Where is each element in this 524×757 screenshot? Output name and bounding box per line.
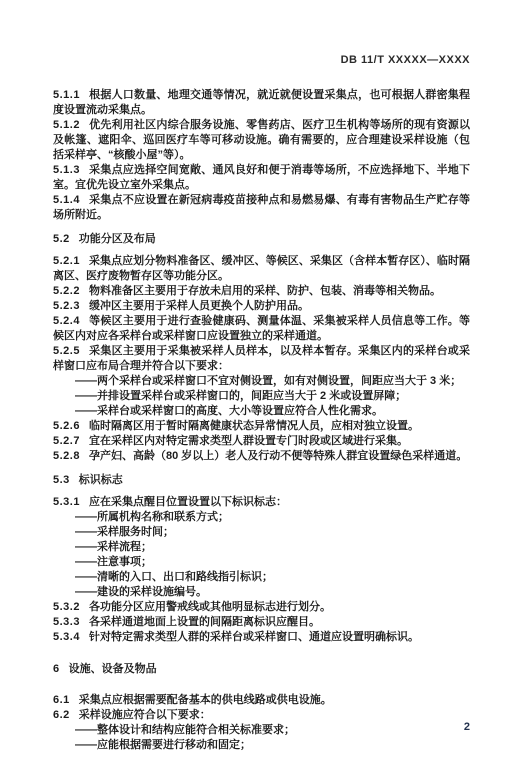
dash-marker: ——: [75, 723, 97, 738]
clause-paragraph: 5.3.4针对特定需求类型人群的采样台或采样窗口、通道应设置明确标识。: [53, 630, 470, 645]
dash-list-item: ——注意事项；: [53, 555, 470, 570]
clause-number: 5.3.1: [53, 495, 80, 510]
clause-paragraph: 5.2.4等候区主要用于进行查验健康码、测量体温、采集被采样人员信息等工作。等候…: [53, 314, 470, 344]
clause-number: 5.2.3: [53, 299, 80, 314]
dash-marker: ——: [75, 555, 97, 570]
dash-marker: ——: [75, 374, 97, 389]
clause-paragraph: 5.1.3采集点应选择空间宽敞、通风良好和便于消毒等场所，不应选择地下、半地下室…: [53, 163, 470, 193]
dash-list-item: ——采样台或采样窗口的高度、大小等设置应符合人性化需求。: [53, 404, 470, 419]
clause-number: 5.2.8: [53, 449, 80, 464]
section-heading: 5.3标识标志: [53, 473, 470, 488]
heading-text: 功能分区及布局: [79, 233, 156, 245]
heading-text: 设施、设备及物品: [69, 663, 157, 675]
page-number: 2: [464, 721, 470, 733]
clause-text: 建设的采样设施编号。: [97, 586, 207, 598]
clause-text: 缓冲区主要用于采样人员更换个人防护用品。: [89, 300, 309, 312]
clause-text: 优先利用社区内综合服务设施、零售药店、医疗卫生机构等场所的现有资源以及帐篷、遮阳…: [53, 119, 470, 161]
clause-text: 采样流程；: [97, 541, 152, 553]
dash-marker: ——: [75, 585, 97, 600]
clause-text: 孕产妇、高龄（80 岁以上）老人及行动不便等特殊人群宜设置绿色采样通道。: [89, 450, 467, 462]
dash-list-item: ——应能根据需要进行移动和固定；: [53, 738, 470, 753]
clause-text: 根据人口数量、地理交通等情况，就近就便设置采集点，也可根据人群密集程度设置流动采…: [53, 89, 470, 116]
clause-text: 应在采集点醒目位置设置以下标识标志：: [89, 496, 287, 508]
dash-list-item: ——并排设置采样台或采样窗口的，间距应当大于 2 米或设置屏障；: [53, 389, 470, 404]
dash-list-item: ——建设的采样设施编号。: [53, 585, 470, 600]
clause-text: 各功能分区应用警戒线或其他明显标志进行划分。: [89, 601, 331, 613]
clause-number: 5.3.4: [53, 630, 80, 645]
clause-number: 5.3.2: [53, 600, 80, 615]
clause-text: 等候区主要用于进行查验健康码、测量体温、采集被采样人员信息等工作。等候区内对应各…: [53, 315, 470, 342]
section-heading: 6设施、设备及物品: [53, 662, 470, 677]
clause-text: 两个采样台或采样窗口不宜对侧设置，如有对侧设置，间距应当大于 3 米；: [97, 375, 461, 387]
clause-number: 5.1.4: [53, 193, 80, 208]
clause-number: 5.1.1: [53, 88, 80, 103]
clause-text: 清晰的入口、出口和路线指引标识；: [97, 571, 273, 583]
heading-text: 标识标志: [79, 474, 123, 486]
clause-text: 采样设施应符合以下要求：: [79, 709, 211, 721]
dash-marker: ——: [75, 404, 97, 419]
clause-number: 5.1.3: [53, 163, 80, 178]
clause-text: 整体设计和结构应能符合相关标准要求；: [97, 724, 295, 736]
dash-marker: ——: [75, 738, 97, 753]
dash-list-item: ——所属机构名称和联系方式；: [53, 510, 470, 525]
dash-list-item: ——采样流程；: [53, 540, 470, 555]
clause-number: 5.2.7: [53, 434, 80, 449]
clause-text: 应能根据需要进行移动和固定；: [97, 739, 251, 751]
clause-paragraph: 6.2采样设施应符合以下要求：: [53, 708, 470, 723]
dash-list-item: ——两个采样台或采样窗口不宜对侧设置，如有对侧设置，间距应当大于 3 米；: [53, 374, 470, 389]
clause-number: 6: [53, 662, 60, 677]
clause-text: 采集点应选择空间宽敞、通风良好和便于消毒等场所，不应选择地下、半地下室。宜优先设…: [53, 164, 470, 191]
clause-text: 注意事项；: [97, 556, 152, 568]
clause-paragraph: 5.3.2各功能分区应用警戒线或其他明显标志进行划分。: [53, 600, 470, 615]
clause-number: 5.3: [53, 473, 70, 488]
clause-paragraph: 5.1.1根据人口数量、地理交通等情况，就近就便设置采集点，也可根据人群密集程度…: [53, 88, 470, 118]
clause-number: 5.3.3: [53, 615, 80, 630]
dash-marker: ——: [75, 389, 97, 404]
dash-marker: ——: [75, 510, 97, 525]
clause-text: 采集点应根据需要配备基本的供电线路或供电设施。: [79, 694, 332, 706]
clause-paragraph: 6.1采集点应根据需要配备基本的供电线路或供电设施。: [53, 693, 470, 708]
clause-text: 采集点不应设置在新冠病毒疫苗接种点和易燃易爆、有毒有害物品生产贮存等场所附近。: [53, 194, 470, 221]
dash-list-item: ——采样服务时间；: [53, 525, 470, 540]
clause-text: 针对特定需求类型人群的采样台或采样窗口、通道应设置明确标识。: [89, 631, 419, 643]
clause-number: 5.2.2: [53, 284, 80, 299]
clause-text: 物料准备区主要用于存放未启用的采样、防护、包装、消毒等相关物品。: [89, 285, 441, 297]
clause-number: 6.1: [53, 693, 70, 708]
clause-paragraph: 5.2.7宜在采样区内对特定需求类型人群设置专门时段或区域进行采集。: [53, 434, 470, 449]
clause-paragraph: 5.2.5采集区主要用于采集被采样人员样本，以及样本暂存。采集区内的采样台或采样…: [53, 344, 470, 374]
clause-number: 6.2: [53, 708, 70, 723]
document-body: 5.1.1根据人口数量、地理交通等情况，就近就便设置采集点，也可根据人群密集程度…: [53, 88, 470, 753]
document-page: DB 11/T XXXXX—XXXX 5.1.1根据人口数量、地理交通等情况，就…: [0, 0, 524, 757]
clause-text: 采样台或采样窗口的高度、大小等设置应符合人性化需求。: [97, 405, 383, 417]
clause-text: 临时隔离区用于暂时隔离健康状态异常情况人员，应相对独立设置。: [89, 420, 419, 432]
document-code-header: DB 11/T XXXXX—XXXX: [53, 54, 470, 66]
dash-list-item: ——整体设计和结构应能符合相关标准要求；: [53, 723, 470, 738]
clause-paragraph: 5.2.8孕产妇、高龄（80 岁以上）老人及行动不便等特殊人群宜设置绿色采样通道…: [53, 449, 470, 464]
clause-paragraph: 5.3.1应在采集点醒目位置设置以下标识标志：: [53, 495, 470, 510]
clause-number: 5.1.2: [53, 118, 80, 133]
dash-list-item: ——清晰的入口、出口和路线指引标识；: [53, 570, 470, 585]
dash-marker: ——: [75, 525, 97, 540]
clause-number: 5.2: [53, 232, 70, 247]
clause-paragraph: 5.2.6临时隔离区用于暂时隔离健康状态异常情况人员，应相对独立设置。: [53, 419, 470, 434]
clause-text: 各采样通道地面上设置的间隔距离标识应醒目。: [89, 616, 320, 628]
clause-text: 宜在采样区内对特定需求类型人群设置专门时段或区域进行采集。: [89, 435, 408, 447]
clause-paragraph: 5.1.4采集点不应设置在新冠病毒疫苗接种点和易燃易爆、有毒有害物品生产贮存等场…: [53, 193, 470, 223]
clause-paragraph: 5.2.2物料准备区主要用于存放未启用的采样、防护、包装、消毒等相关物品。: [53, 284, 470, 299]
clause-paragraph: 5.1.2优先利用社区内综合服务设施、零售药店、医疗卫生机构等场所的现有资源以及…: [53, 118, 470, 163]
clause-text: 采样服务时间；: [97, 526, 174, 538]
clause-number: 5.2.4: [53, 314, 80, 329]
clause-paragraph: 5.2.1采集点应划分物料准备区、缓冲区、等候区、采集区（含样本暂存区）、临时隔…: [53, 254, 470, 284]
dash-marker: ——: [75, 570, 97, 585]
dash-marker: ——: [75, 540, 97, 555]
clause-text: 所属机构名称和联系方式；: [97, 511, 229, 523]
clause-number: 5.2.6: [53, 419, 80, 434]
clause-text: 采集点应划分物料准备区、缓冲区、等候区、采集区（含样本暂存区）、临时隔离区、医疗…: [53, 255, 470, 282]
section-heading: 5.2功能分区及布局: [53, 232, 470, 247]
clause-number: 5.2.5: [53, 344, 80, 359]
clause-text: 并排设置采样台或采样窗口的，间距应当大于 2 米或设置屏障；: [97, 390, 406, 402]
clause-text: 采集区主要用于采集被采样人员样本，以及样本暂存。采集区内的采样台或采样窗口应布局…: [53, 345, 470, 372]
clause-paragraph: 5.3.3各采样通道地面上设置的间隔距离标识应醒目。: [53, 615, 470, 630]
clause-paragraph: 5.2.3缓冲区主要用于采样人员更换个人防护用品。: [53, 299, 470, 314]
clause-number: 5.2.1: [53, 254, 80, 269]
